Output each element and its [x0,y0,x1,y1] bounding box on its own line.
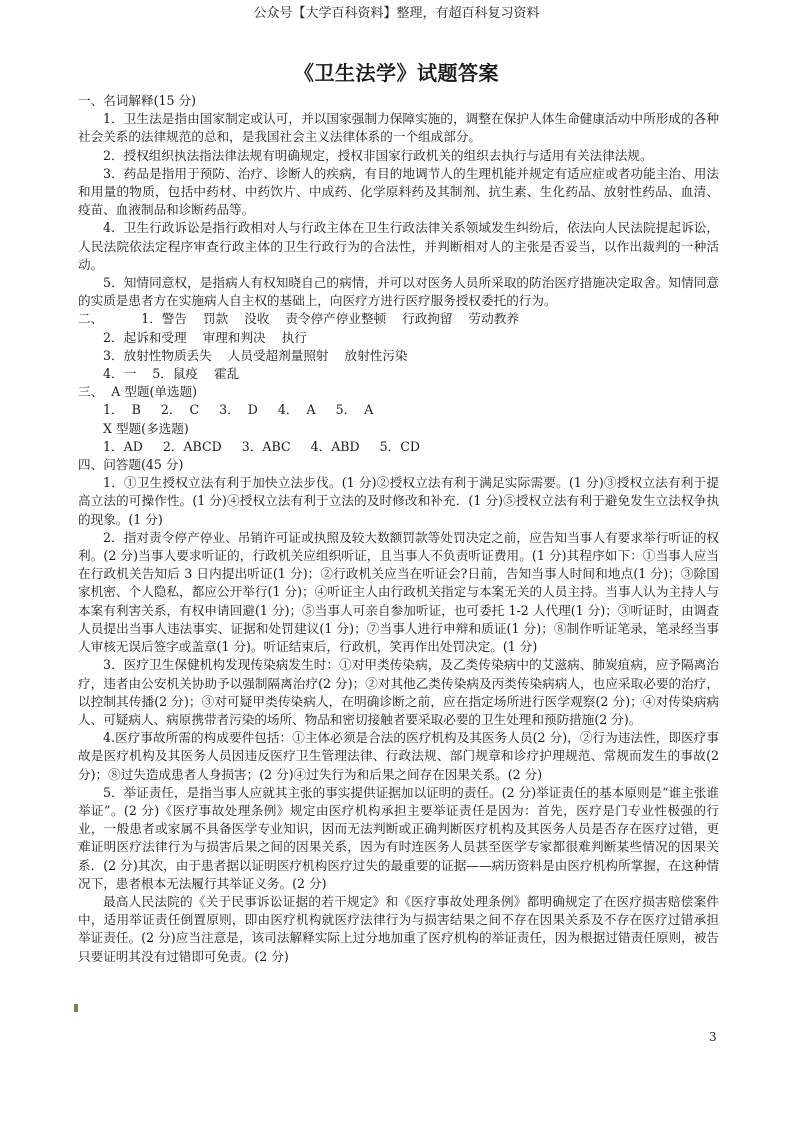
section-2-heading: 二、 [78,311,103,326]
fill-answer-4: 4．一 5．鼠疫 霍乱 [78,365,719,383]
single-choice-answers: 1． B 2． C 3． D 4． A 5． A [78,401,719,419]
term-definition-1: 1．卫生法是指由国家制定或认可，并以国家强制力保障实施的，调整在保护人体生命健康… [78,110,719,146]
section-1-heading: 一、名词解释(15 分) [78,92,719,110]
essay-answer-4: 4.医疗事故所需的构成要件包括：①主体必须是合法的医疗机构及其医务人员(2 分)… [78,729,719,784]
essay-answer-5-continued: 最高人民法院的《关于民事诉讼证据的若干规定》和《医疗事故处理条例》都明确规定了在… [78,893,719,966]
fill-answer-3: 3．放射性物质丢失 人员受超剂量照射 放射性污染 [78,347,719,365]
page-title: 《卫生法学》试题答案 [0,60,793,86]
bookmark-marker-icon [74,1004,78,1012]
term-definition-3: 3．药品是指用于预防、治疗、诊断人的疾病，有目的地调节人的生理机能并规定有适应症… [78,165,719,220]
header-note: 公众号【大学百科资料】整理，有超百科复习资料 [0,6,793,22]
essay-answer-3: 3．医疗卫生保健机构发现传染病发生时：①对甲类传染病，及乙类传染病中的艾滋病、肺… [78,656,719,729]
section-3-heading: 三、 A 型题(单选题) [78,383,719,401]
fill-answer-1: 1．警告 罚款 没收 责令停产停业整顿 行政拘留 劳动教养 [141,311,519,326]
page-number: 3 [709,1030,717,1044]
multi-choice-heading: X 型题(多选题) [78,420,719,438]
term-definition-2: 2．授权组织执法指法律法规有明确规定，授权非国家行政机关的组织去执行与适用有关法… [78,147,719,165]
term-definition-4: 4．卫生行政诉讼是指行政相对人与行政主体在卫生行政法律关系领域发生纠纷后，依法向… [78,219,719,274]
section-4-heading: 四、问答题(45 分) [78,456,719,474]
document-body: 一、名词解释(15 分) 1．卫生法是指由国家制定或认可，并以国家强制力保障实施… [78,92,719,966]
essay-answer-1: 1．①卫生授权立法有利于加快立法步伐。(1 分)②授权立法有利于满足实际需要。(… [78,474,719,529]
essay-answer-5: 5．举证责任，是指当事人应就其主张的事实提供证据加以证明的责任。(2 分)举证责… [78,784,719,893]
multi-choice-answers: 1．AD 2．ABCD 3．ABC 4．ABD 5．CD [78,438,719,456]
fill-answer-2: 2．起诉和受理 审理和判决 执行 [78,329,719,347]
term-definition-5: 5．知情同意权，是指病人有权知晓自己的病情，并可以对医务人员所采取的防治医疗措施… [78,274,719,310]
essay-answer-2: 2．指对责令停产停业、吊销许可证或执照及较大数额罚款等处罚决定之前，应告知当事人… [78,529,719,656]
section-2-row-1: 二、1．警告 罚款 没收 责令停产停业整顿 行政拘留 劳动教养 [78,310,719,328]
